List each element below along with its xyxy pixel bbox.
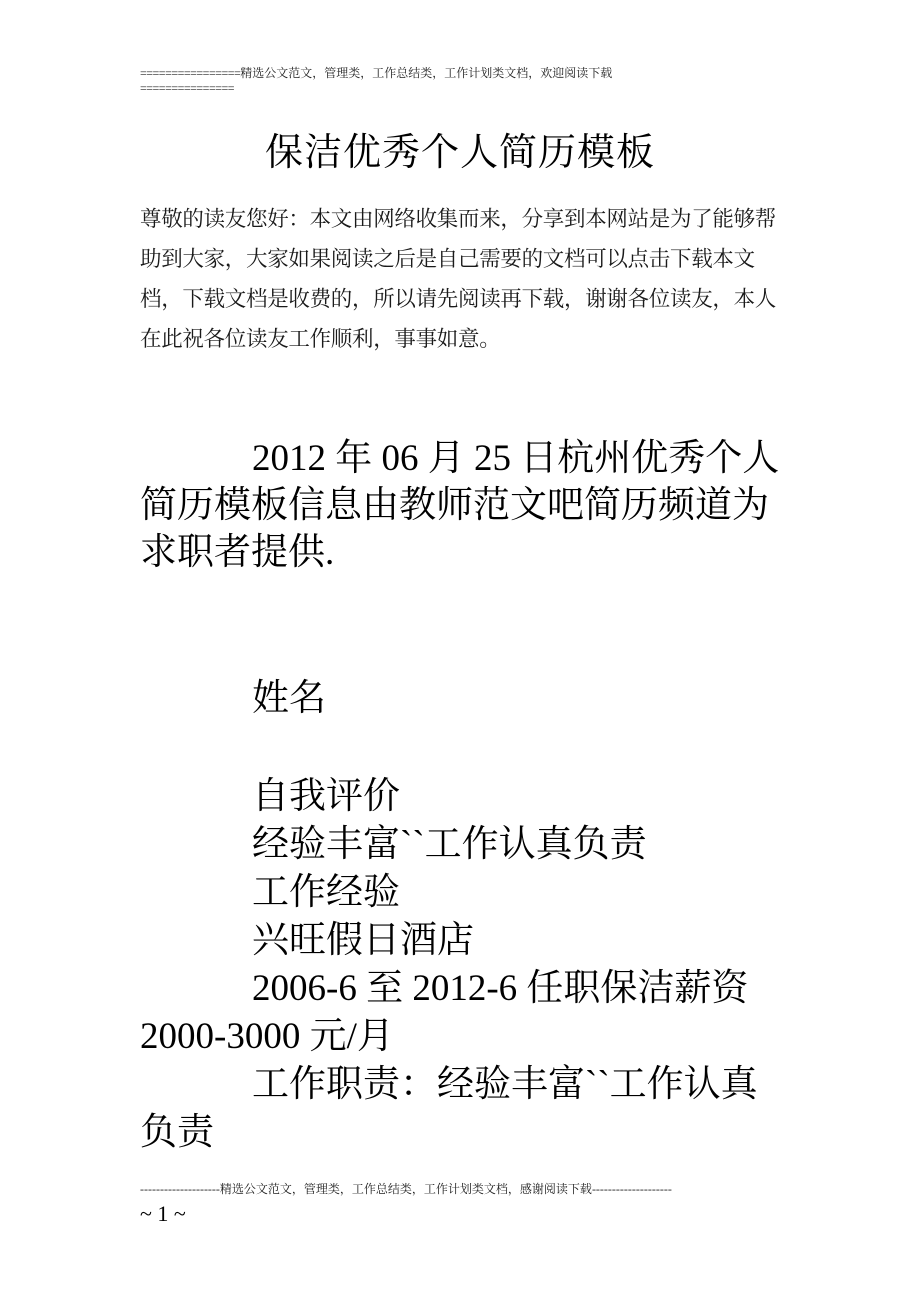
work-experience-label: 工作经验 [140, 869, 770, 917]
resume-body: 自我评价 经验丰富``工作认真负责 工作经验 兴旺假日酒店 2006-6 至 2… [140, 773, 770, 1157]
header-rule-2: =============== [140, 81, 740, 96]
page-number: ~ 1 ~ [140, 1200, 186, 1228]
page-footer: --------------------精选公文范文，管理类，工作总结类，工作计… [140, 1182, 780, 1197]
footer-rule-left: -------------------- [140, 1182, 220, 1196]
intro-paragraph: 2012 年 06 月 25 日杭州优秀个人简历模板信息由教师范文吧简历频道为求… [140, 435, 790, 576]
footer-rule-right: -------------------- [592, 1182, 672, 1196]
position-salary: 2006-6 至 2012-6 任职保洁薪资 2000-3000 元/月 [140, 965, 770, 1061]
document-title: 保洁优秀个人简历模板 [0, 128, 920, 178]
self-evaluation-text: 经验丰富``工作认真负责 [140, 821, 770, 869]
footer-text: 精选公文范文，管理类，工作总结类，工作计划类文档，感谢阅读下载 [220, 1182, 592, 1196]
header-rule: ================ [140, 66, 240, 80]
page-header: ================精选公文范文，管理类，工作总结类，工作计划类文档… [140, 66, 740, 96]
self-evaluation-label: 自我评价 [140, 773, 770, 821]
name-label: 姓名 [252, 675, 326, 722]
download-notice: 尊敬的读友您好：本文由网络收集而来，分享到本网站是为了能够帮助到大家，大家如果阅… [140, 200, 790, 360]
job-duties: 工作职责：经验丰富``工作认真负责 [140, 1061, 770, 1157]
header-line-1: ================精选公文范文，管理类，工作总结类，工作计划类文档… [140, 66, 740, 81]
header-text: 精选公文范文，管理类，工作总结类，工作计划类文档，欢迎阅读下载 [240, 66, 612, 80]
employer-name: 兴旺假日酒店 [140, 917, 770, 965]
